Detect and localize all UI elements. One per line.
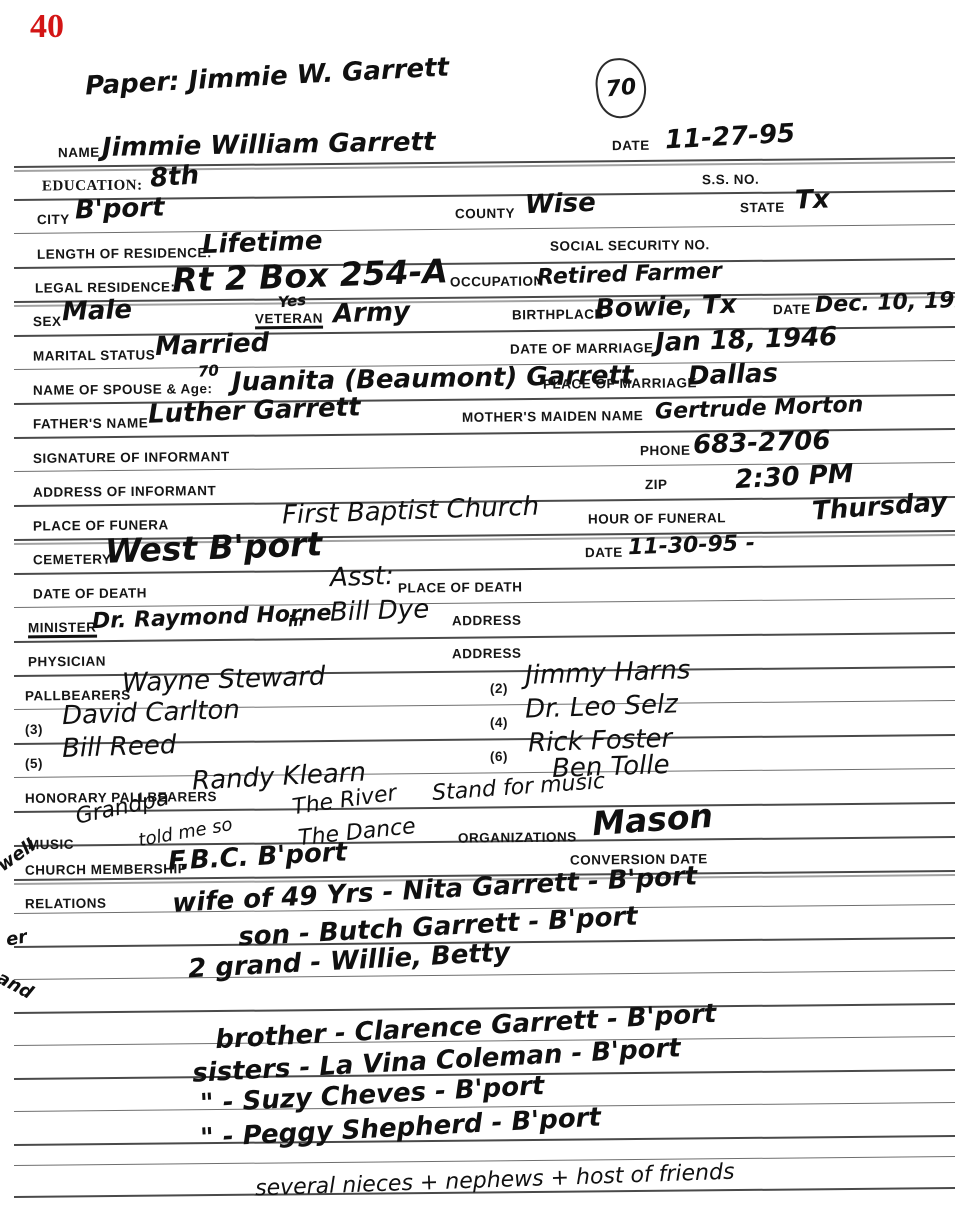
field-label-occupation: OCCUPATION bbox=[450, 274, 544, 290]
field-value-county: Wise bbox=[524, 188, 596, 220]
field-label-state: STATE bbox=[740, 200, 785, 215]
field-label-relations: RELATIONS bbox=[25, 896, 107, 912]
field-label-cemetery: CEMETERY bbox=[33, 552, 112, 568]
pallbearer-1: Wayne Steward bbox=[122, 661, 326, 698]
field-label-marital-status: MARITAL STATUS bbox=[33, 347, 155, 363]
field-label-minister: MINISTER bbox=[28, 620, 97, 639]
field-label-minister-address: ADDRESS bbox=[452, 613, 522, 629]
field-value-sex: Male bbox=[61, 295, 132, 327]
field-value-education: 8th bbox=[149, 160, 200, 193]
field-value-occupation: Retired Farmer bbox=[537, 259, 723, 290]
field-label-social-security-no: SOCIAL SECURITY NO. bbox=[550, 237, 710, 254]
spouse-age-note: 70 bbox=[197, 361, 219, 380]
field-label-zip: ZIP bbox=[645, 477, 668, 492]
field-value-legal-residence: Rt 2 Box 254-A bbox=[171, 251, 448, 300]
field-label-hour-of-funeral: HOUR OF FUNERAL bbox=[588, 510, 726, 526]
music-note: Stand for music bbox=[431, 769, 606, 806]
pallbearer-5-number: (5) bbox=[25, 756, 43, 771]
pallbearer-3: David Carlton bbox=[62, 695, 241, 731]
field-label-mothers-maiden-name: MOTHER'S MAIDEN NAME bbox=[462, 408, 643, 425]
field-label-veteran: VETERAN bbox=[255, 311, 323, 330]
rule-line bbox=[14, 632, 955, 643]
funeral-time-handwriting: 2:30 PM bbox=[734, 459, 854, 495]
field-label-county: COUNTY bbox=[455, 206, 515, 222]
field-value-date-of-marriage: Jan 18, 1946 bbox=[655, 322, 838, 358]
pallbearer-6-number: (6) bbox=[490, 749, 508, 764]
field-label-name: NAME bbox=[58, 145, 100, 160]
field-value-state: Tx bbox=[794, 184, 830, 215]
field-value-veteran: Army bbox=[332, 297, 410, 330]
circled-number-text: 70 bbox=[604, 74, 637, 102]
field-value-birthplace: Bowie, Tx bbox=[595, 290, 738, 325]
field-value-minister2: Bill Dye bbox=[330, 594, 430, 627]
field-value-name: Jimmie William Garrett bbox=[102, 127, 436, 163]
field-label-legal-residence: LEGAL RESIDENCE: bbox=[35, 279, 176, 295]
margin-fragment-2: er bbox=[4, 926, 28, 950]
field-value-marital-status: Married bbox=[155, 328, 270, 362]
pallbearer-2: Jimmy Harns bbox=[525, 655, 691, 691]
field-label-spouse: NAME OF SPOUSE & Age: bbox=[33, 381, 213, 398]
field-value-organizations: Mason bbox=[591, 796, 714, 843]
pallbearer-5: Bill Reed bbox=[62, 730, 177, 764]
pallbearer-4: Dr. Leo Selz bbox=[525, 689, 679, 724]
field-label-physician-address: ADDRESS bbox=[452, 646, 522, 662]
field-value-city: B'port bbox=[75, 192, 166, 225]
field-value-funeral-date: 11-30-95 - bbox=[628, 531, 756, 560]
margin-fragment-3: and bbox=[0, 967, 37, 1003]
field-value-length-of-residence: Lifetime bbox=[202, 226, 323, 260]
pallbearer-3-number: (3) bbox=[25, 722, 43, 737]
field-label-place-of-marriage: PLACE OF MARRIAGE bbox=[543, 375, 697, 391]
field-label-church-membership: CHURCH MEMBERSHIP bbox=[25, 861, 187, 878]
field-value-birth-date: Dec. 10, 1924 bbox=[815, 287, 955, 318]
funeral-day-handwriting: Thursday bbox=[811, 487, 948, 526]
death-note-handwriting: Asst: bbox=[329, 561, 394, 593]
footer-handwriting: several nieces + nephews + host of frien… bbox=[255, 1160, 735, 1202]
field-label-ss-no: S.S. NO. bbox=[702, 172, 759, 188]
field-value-cemetery: West B'port bbox=[104, 524, 322, 571]
circled-number: 70 bbox=[593, 56, 649, 121]
field-label-fathers-name: FATHER'S NAME bbox=[33, 415, 148, 431]
field-label-signature-of-informant: SIGNATURE OF INFORMANT bbox=[33, 449, 230, 466]
field-label-phone: PHONE bbox=[640, 443, 691, 458]
rule-line bbox=[14, 1156, 955, 1166]
minister-note-handwriting: in bbox=[287, 611, 304, 630]
field-label-organizations: ORGANIZATIONS bbox=[458, 829, 577, 845]
field-label-address-of-informant: ADDRESS OF INFORMANT bbox=[33, 483, 216, 500]
field-value-place-of-marriage: Dallas bbox=[688, 358, 779, 391]
field-value-date: 11-27-95 bbox=[664, 119, 796, 156]
page-number: 40 bbox=[30, 8, 64, 46]
field-label-date-of-marriage: DATE OF MARRIAGE bbox=[510, 340, 654, 356]
paper-title-handwriting: Paper: Jimmie W. Garrett bbox=[84, 52, 449, 101]
field-label-physician: PHYSICIAN bbox=[28, 654, 106, 670]
rule-line bbox=[14, 970, 955, 980]
field-label-funeral-date: DATE bbox=[585, 545, 623, 560]
field-label-birthplace: BIRTHPLACE bbox=[512, 307, 604, 323]
pallbearer-2-number: (2) bbox=[490, 681, 508, 696]
field-label-birth-date: DATE bbox=[773, 302, 811, 317]
field-label-sex: SEX bbox=[33, 314, 62, 329]
pallbearer-4-number: (4) bbox=[490, 715, 508, 730]
funeral-record-document: 40 Paper: Jimmie W. Garrett 70 NAME Jimm… bbox=[0, 0, 955, 1209]
field-label-city: CITY bbox=[37, 212, 70, 227]
field-label-date: DATE bbox=[612, 138, 650, 153]
field-value-fathers-name: Luther Garrett bbox=[148, 392, 361, 429]
rule-line bbox=[14, 224, 955, 234]
veteran-note-handwriting: Yes bbox=[277, 291, 307, 312]
field-label-place-of-death: PLACE OF DEATH bbox=[398, 579, 523, 595]
field-label-date-of-death: DATE OF DEATH bbox=[33, 585, 147, 601]
field-value-phone: 683-2706 bbox=[693, 426, 831, 461]
